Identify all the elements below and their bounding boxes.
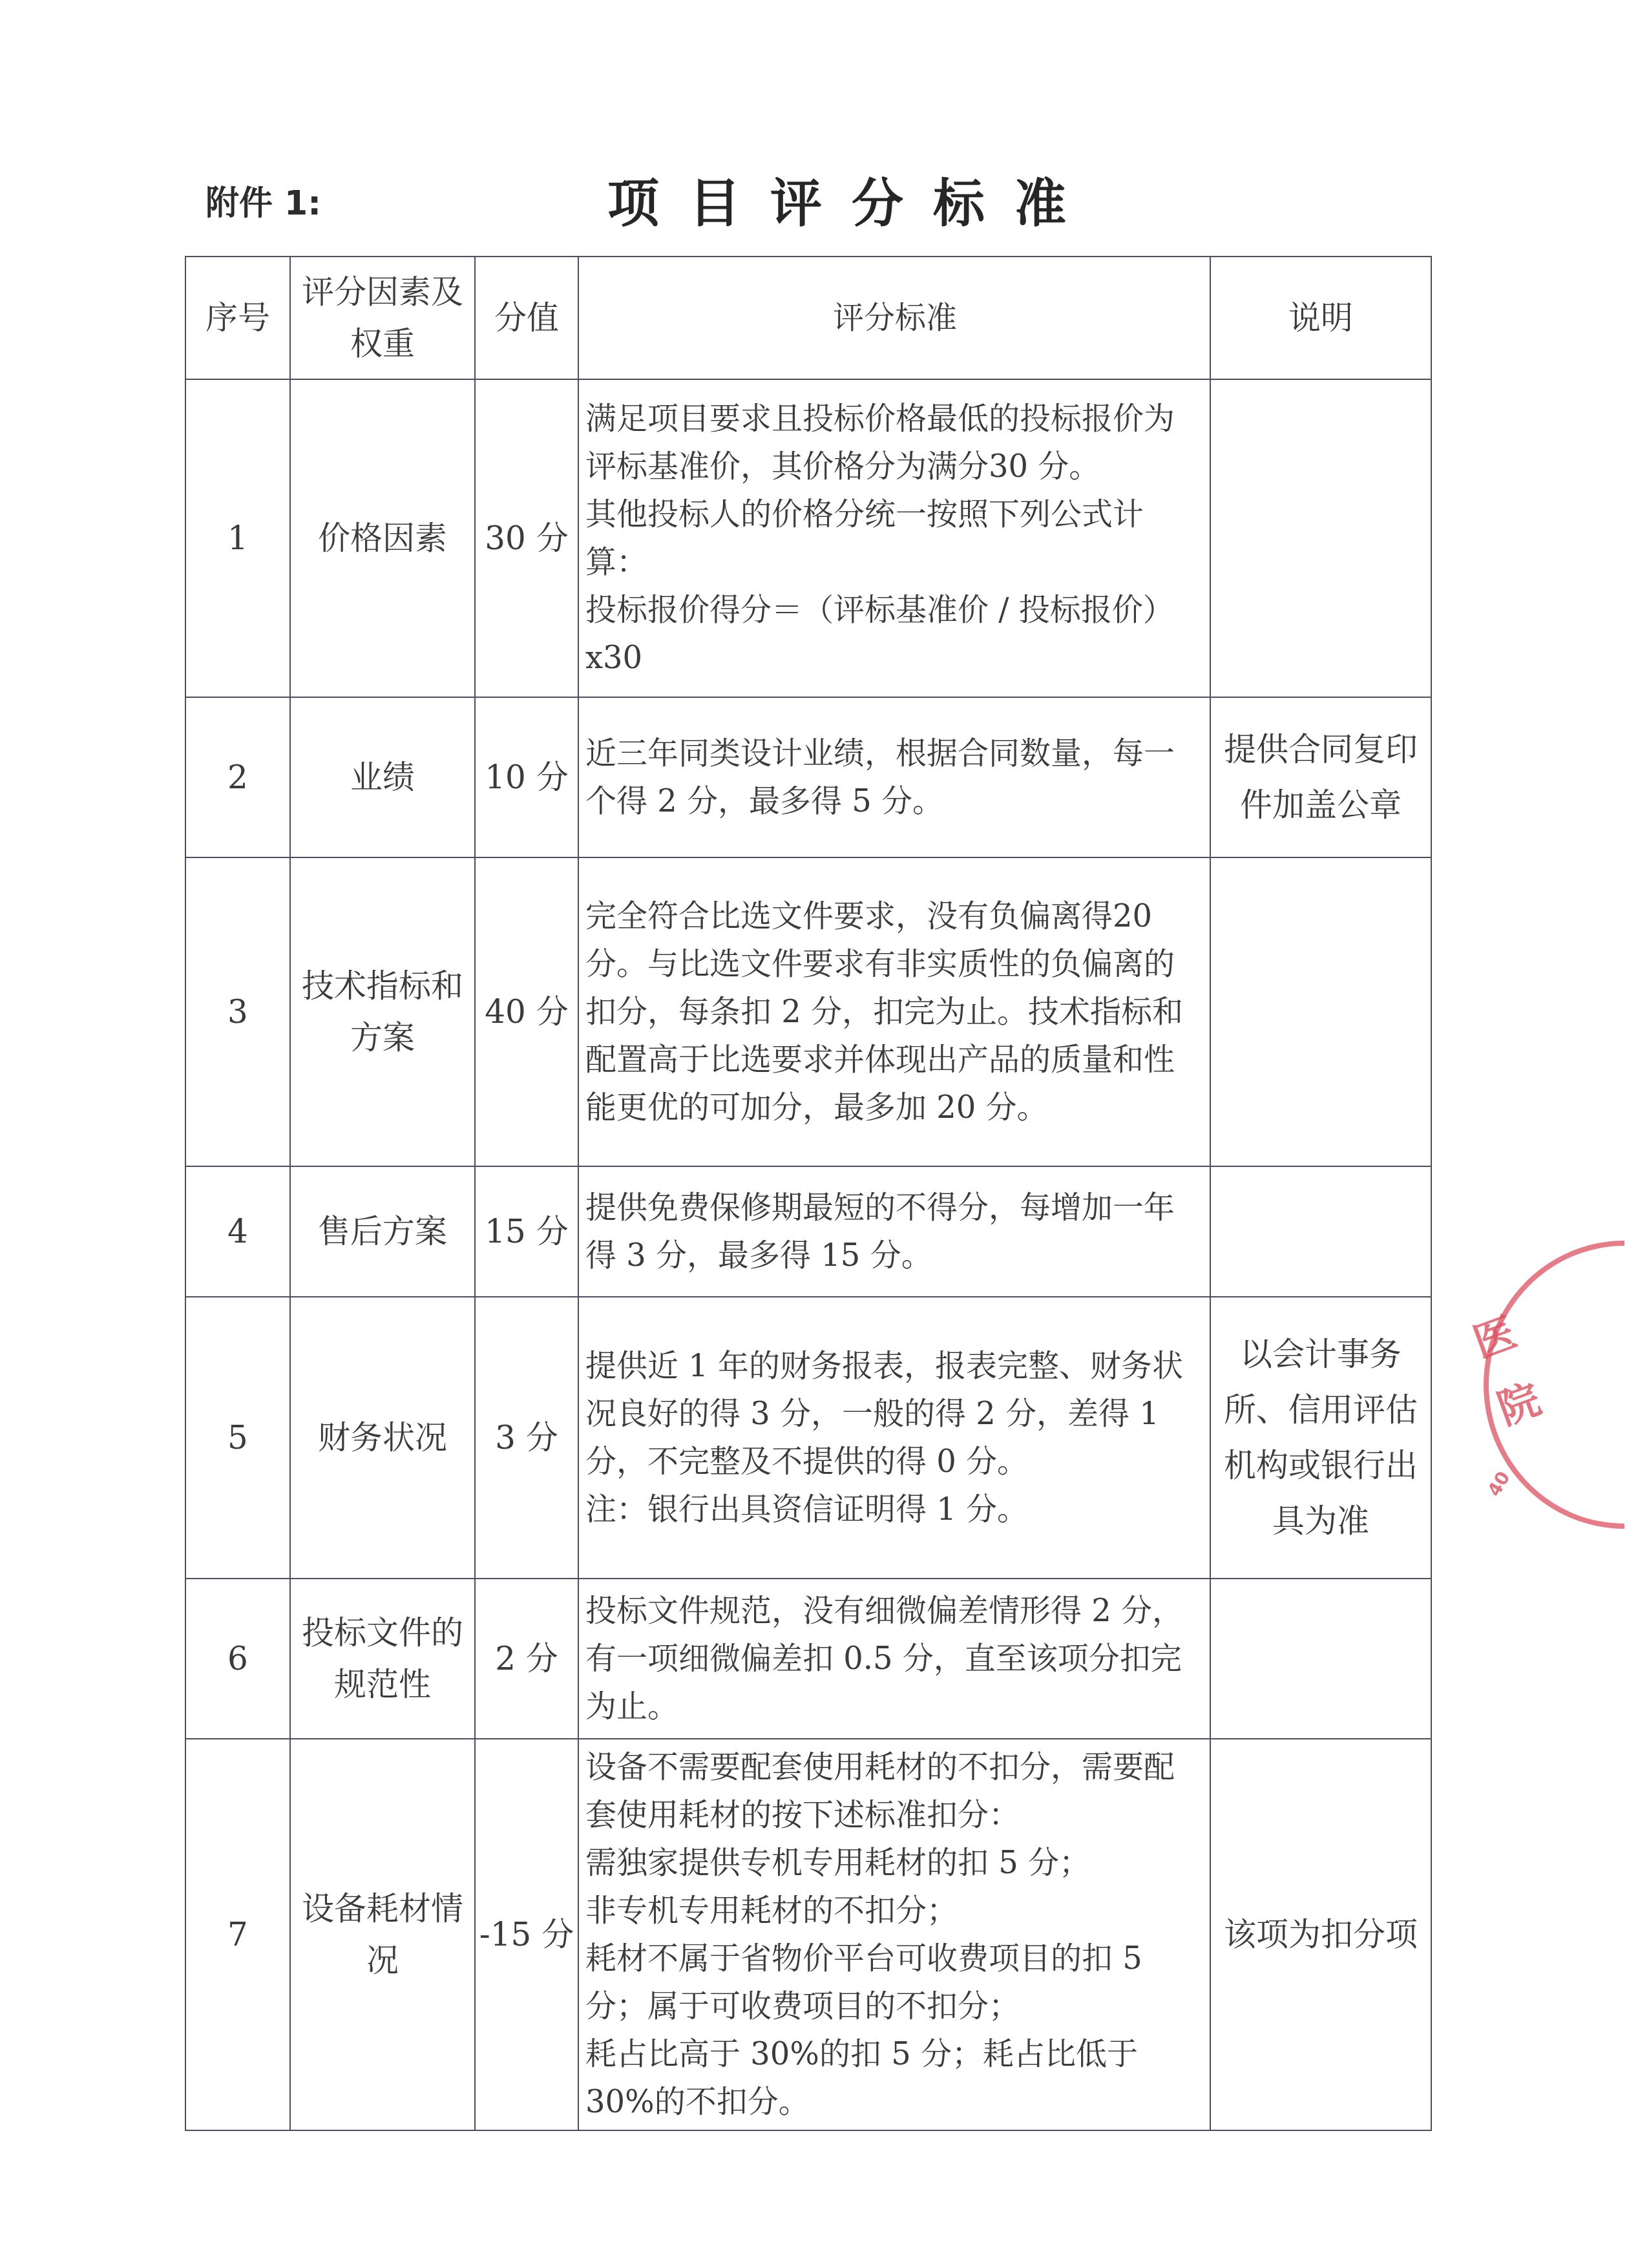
row-factor: 价格因素: [290, 379, 475, 697]
row-factor: 业绩: [290, 697, 475, 857]
row-criteria: 近三年同类设计业绩，根据合同数量，每一个得 2 分，最多得 5 分。: [578, 697, 1210, 857]
row-factor: 售后方案: [290, 1166, 475, 1297]
table-row: 3 技术指标和方案 40 分 完全符合比选文件要求，没有负偏离得20 分。与比选…: [185, 857, 1431, 1166]
criteria-line: 完全符合比选文件要求，没有负偏离得20 分。与比选文件要求有非实质性的负偏离的扣…: [585, 892, 1204, 1131]
row-note: 该项为扣分项: [1210, 1739, 1431, 2130]
page-title: 项目评分标准: [607, 162, 1096, 236]
table-header-row: 序号 评分因素及权重 分值 评分标准 说明: [185, 257, 1431, 379]
table-row: 4 售后方案 15 分 提供免费保修期最短的不得分，每增加一年得 3 分，最多得…: [185, 1166, 1431, 1297]
column-header-criteria: 评分标准: [578, 257, 1210, 379]
row-factor: 投标文件的规范性: [290, 1579, 475, 1739]
row-note: [1210, 379, 1431, 697]
row-note: 以会计事务所、信用评估机构或银行出具为准: [1210, 1297, 1431, 1579]
row-no: 2: [185, 697, 290, 857]
row-score: 15 分: [475, 1166, 578, 1297]
criteria-line: 近三年同类设计业绩，根据合同数量，每一个得 2 分，最多得 5 分。: [585, 730, 1204, 825]
table-row: 6 投标文件的规范性 2 分 投标文件规范，没有细微偏差情形得 2 分，有一项细…: [185, 1579, 1431, 1739]
criteria-line: 耗占比高于 30%的扣 5 分；耗占比低于 30%的不扣分。: [585, 2030, 1204, 2126]
row-no: 5: [185, 1297, 290, 1579]
criteria-line: 满足项目要求且投标价格最低的投标报价为评标基准价，其价格分为满分30 分。: [585, 395, 1204, 490]
scoring-table: 序号 评分因素及权重 分值 评分标准 说明 1 价格因素 30 分 满足项目要求…: [185, 256, 1432, 2131]
criteria-line: 提供免费保修期最短的不得分，每增加一年得 3 分，最多得 15 分。: [585, 1184, 1204, 1279]
criteria-line: 需独家提供专机专用耗材的扣 5 分；: [585, 1839, 1204, 1887]
row-score: 2 分: [475, 1579, 578, 1739]
table-row: 7 设备耗材情况 -15 分 设备不需要配套使用耗材的不扣分，需要配套使用耗材的…: [185, 1739, 1431, 2130]
attachment-label: 附件 1:: [205, 176, 321, 224]
column-header-factor: 评分因素及权重: [290, 257, 475, 379]
row-score: 40 分: [475, 857, 578, 1166]
row-factor: 财务状况: [290, 1297, 475, 1579]
table-row: 1 价格因素 30 分 满足项目要求且投标价格最低的投标报价为评标基准价，其价格…: [185, 379, 1431, 697]
table-row: 2 业绩 10 分 近三年同类设计业绩，根据合同数量，每一个得 2 分，最多得 …: [185, 697, 1431, 857]
row-criteria: 设备不需要配套使用耗材的不扣分，需要配套使用耗材的按下述标准扣分： 需独家提供专…: [578, 1739, 1210, 2130]
column-header-no: 序号: [185, 257, 290, 379]
row-score: 30 分: [475, 379, 578, 697]
stamp-number: 40: [1483, 1467, 1514, 1500]
row-score: 3 分: [475, 1297, 578, 1579]
row-factor: 设备耗材情况: [290, 1739, 475, 2130]
criteria-line: 提供近 1 年的财务报表，报表完整、财务状况良好的得 3 分，一般的得 2 分，…: [585, 1342, 1204, 1486]
row-no: 4: [185, 1166, 290, 1297]
row-criteria: 投标文件规范，没有细微偏差情形得 2 分，有一项细微偏差扣 0.5 分，直至该项…: [578, 1579, 1210, 1739]
row-no: 3: [185, 857, 290, 1166]
criteria-line: 投标报价得分＝（评标基准价 / 投标报价）x30: [585, 586, 1204, 682]
table-row: 5 财务状况 3 分 提供近 1 年的财务报表，报表完整、财务状况良好的得 3 …: [185, 1297, 1431, 1579]
criteria-line: 注：银行出具资信证明得 1 分。: [585, 1486, 1204, 1533]
column-header-note: 说明: [1210, 257, 1431, 379]
column-header-score: 分值: [475, 257, 578, 379]
criteria-line: 投标文件规范，没有细微偏差情形得 2 分，有一项细微偏差扣 0.5 分，直至该项…: [585, 1587, 1204, 1730]
row-criteria: 提供近 1 年的财务报表，报表完整、财务状况良好的得 3 分，一般的得 2 分，…: [578, 1297, 1210, 1579]
row-no: 7: [185, 1739, 290, 2130]
row-criteria: 满足项目要求且投标价格最低的投标报价为评标基准价，其价格分为满分30 分。 其他…: [578, 379, 1210, 697]
row-no: 6: [185, 1579, 290, 1739]
criteria-line: 非专机专用耗材的不扣分；: [585, 1887, 1204, 1935]
row-note: [1210, 1579, 1431, 1739]
criteria-line: 设备不需要配套使用耗材的不扣分，需要配套使用耗材的按下述标准扣分：: [585, 1743, 1204, 1839]
criteria-line: 耗材不属于省物价平台可收费项目的扣 5 分；属于可收费项目的不扣分；: [585, 1935, 1204, 2030]
row-factor: 技术指标和方案: [290, 857, 475, 1166]
row-note: [1210, 1166, 1431, 1297]
row-criteria: 提供免费保修期最短的不得分，每增加一年得 3 分，最多得 15 分。: [578, 1166, 1210, 1297]
row-note: [1210, 857, 1431, 1166]
criteria-line: 其他投标人的价格分统一按照下列公式计算：: [585, 490, 1204, 586]
row-score: -15 分: [475, 1739, 578, 2130]
row-score: 10 分: [475, 697, 578, 857]
row-criteria: 完全符合比选文件要求，没有负偏离得20 分。与比选文件要求有非实质性的负偏离的扣…: [578, 857, 1210, 1166]
row-note: 提供合同复印件加盖公章: [1210, 697, 1431, 857]
row-no: 1: [185, 379, 290, 697]
